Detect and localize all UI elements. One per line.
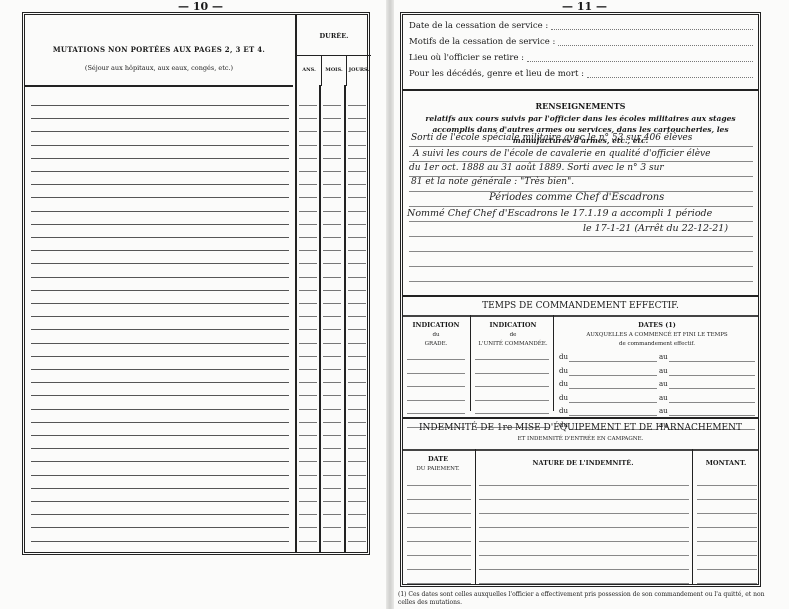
indemnite-row-line[interactable]: [407, 569, 471, 570]
ruled-line: [31, 329, 289, 330]
date-from-field[interactable]: [569, 415, 657, 416]
duration-line: [348, 290, 366, 291]
indemnite-row-line[interactable]: [407, 513, 471, 514]
duration-line: [323, 395, 341, 396]
indemnite-row-line[interactable]: [479, 513, 689, 514]
duration-line: [299, 303, 317, 304]
indemnite-row-line[interactable]: [697, 541, 757, 542]
mutations-title: MUTATIONS NON PORTÉES AUX PAGES 2, 3 ET …: [25, 45, 293, 54]
date-to-field[interactable]: [669, 388, 755, 389]
duration-line: [323, 541, 341, 542]
date-from-label: du: [559, 367, 568, 375]
indemnite-row-line[interactable]: [697, 527, 757, 528]
handwritten-line: du 1er oct. 1888 au 31 août 1889. Sorti …: [409, 163, 664, 173]
duration-line: [348, 435, 366, 436]
handwritten-line: 81 et la note générale : "Très bien".: [411, 177, 574, 187]
indemnite-row-line[interactable]: [407, 527, 471, 528]
ruled-line: [31, 475, 289, 476]
indemnite-title: INDEMNITÉ DE 1re MISE D'ÉQUIPEMENT ET DE…: [403, 423, 758, 433]
date-to-label: au: [659, 367, 668, 375]
date-to-label: au: [659, 353, 668, 361]
ruled-line: [31, 316, 289, 317]
date-to-label: au: [659, 380, 668, 388]
duration-line: [299, 171, 317, 172]
mutations-table: MUTATIONS NON PORTÉES AUX PAGES 2, 3 ET …: [22, 12, 370, 555]
duration-line: [299, 382, 317, 383]
duration-line: [348, 448, 366, 449]
date-from-label: du: [559, 353, 568, 361]
date-from-field[interactable]: [569, 375, 657, 376]
ruled-line: [31, 303, 289, 304]
ruled-line: [31, 409, 289, 410]
duration-line: [299, 316, 317, 317]
duration-line: [299, 461, 317, 462]
col-grade-header: INDICATIONduGRADE.: [403, 321, 469, 349]
column-divider: [319, 85, 321, 552]
ruled-line: [31, 131, 289, 132]
indemnite-row-line[interactable]: [407, 555, 471, 556]
duration-line: [348, 263, 366, 264]
duration-line: [348, 475, 366, 476]
duration-line: [348, 422, 366, 423]
duration-line: [299, 224, 317, 225]
duration-line: [299, 541, 317, 542]
col-dates-header: DATES (1)AUXQUELLES A COMMENCÉ ET FINI L…: [555, 321, 759, 349]
handwritten-line: Nommé Chef Chef d'Escadrons le 17.1.19 a…: [407, 208, 712, 219]
duration-line: [299, 145, 317, 146]
indemnite-row-line[interactable]: [697, 485, 757, 486]
duration-line: [348, 395, 366, 396]
indemnite-subtitle: ET INDEMNITÉ D'ENTRÉE EN CAMPAGNE.: [403, 436, 758, 442]
date-to-label: au: [659, 394, 668, 402]
ruled-line: [31, 343, 289, 344]
duration-line: [299, 131, 317, 132]
date-from-field[interactable]: [569, 388, 657, 389]
duration-line: [299, 197, 317, 198]
duration-line: [299, 527, 317, 528]
col-montant: MONTANT.: [693, 459, 759, 469]
date-to-label: au: [659, 407, 668, 415]
duration-line: [348, 224, 366, 225]
indemnite-row-line[interactable]: [697, 555, 757, 556]
field-deces[interactable]: Pour les décédés, genre et lieu de mort …: [409, 69, 753, 79]
date-to-field[interactable]: [669, 375, 755, 376]
ruled-line: [31, 184, 289, 185]
duration-line: [323, 131, 341, 132]
indemnite-row-line[interactable]: [479, 555, 689, 556]
duration-line: [323, 290, 341, 291]
ruled-line: [31, 448, 289, 449]
indemnite-row-line[interactable]: [697, 569, 757, 570]
duration-line: [348, 343, 366, 344]
renseignements-title: RENSEIGNEMENTS: [403, 101, 758, 111]
ruled-line: [31, 461, 289, 462]
ruled-line: [409, 206, 753, 207]
duration-line: [348, 171, 366, 172]
ruled-line: [31, 290, 289, 291]
duration-line: [323, 145, 341, 146]
duration-line: [323, 303, 341, 304]
duration-line: [348, 329, 366, 330]
ruled-line: [31, 527, 289, 528]
duration-line: [348, 541, 366, 542]
mutations-subtitle: (Séjour aux hôpitaux, aux eaux, congés, …: [25, 64, 293, 72]
ruled-line: [31, 118, 289, 119]
duration-line: [348, 118, 366, 119]
duration-line: [348, 184, 366, 185]
ruled-line: [31, 514, 289, 515]
duration-line: [348, 488, 366, 489]
indemnite-row-line[interactable]: [479, 485, 689, 486]
handwritten-line: Sorti de l'école spéciale militaire avec…: [411, 133, 692, 143]
field-motifs-cessation[interactable]: Motifs de la cessation de service :: [409, 37, 753, 47]
duration-line: [348, 409, 366, 410]
duration-line: [299, 290, 317, 291]
duration-line: [323, 409, 341, 410]
ruled-line: [31, 501, 289, 502]
duration-line: [323, 448, 341, 449]
duration-line: [323, 224, 341, 225]
indemnite-row-line[interactable]: [479, 527, 689, 528]
duration-line: [323, 197, 341, 198]
handwritten-line: le 17-1-21 (Arrêt du 22-12-21): [583, 223, 728, 234]
ruled-line: [31, 382, 289, 383]
duration-line: [299, 369, 317, 370]
duration-line: [348, 197, 366, 198]
duration-line: [348, 131, 366, 132]
ruled-line: [31, 395, 289, 396]
duration-line: [323, 514, 341, 515]
duration-line: [348, 303, 366, 304]
ruled-line: [31, 369, 289, 370]
field-lieu-retraite[interactable]: Lieu où l'officier se retire :: [409, 53, 753, 63]
duration-line: [348, 105, 366, 106]
duration-line: [299, 435, 317, 436]
duration-line: [299, 514, 317, 515]
ruled-line: [409, 281, 753, 282]
duration-line: [299, 184, 317, 185]
duration-line: [323, 501, 341, 502]
column-divider: [295, 85, 297, 552]
date-from-label: du: [559, 380, 568, 388]
date-from-field[interactable]: [569, 402, 657, 403]
commandement-title: TEMPS DE COMMANDEMENT EFFECTIF.: [403, 301, 758, 311]
duration-line: [323, 343, 341, 344]
indemnite-row-line[interactable]: [479, 541, 689, 542]
duration-line: [323, 527, 341, 528]
ruled-line: [409, 236, 753, 237]
duration-line: [323, 263, 341, 264]
col-days: JOURS.: [347, 56, 371, 86]
duration-line: [323, 435, 341, 436]
duration-line: [348, 211, 366, 212]
duration-line: [348, 316, 366, 317]
column-divider: [344, 85, 346, 552]
date-from-field[interactable]: [569, 361, 657, 362]
duration-line: [348, 237, 366, 238]
duration-line: [323, 369, 341, 370]
ruled-line: [409, 266, 753, 267]
col-years: ANS.: [297, 56, 322, 86]
ruled-line: [31, 422, 289, 423]
footnote: (1) Ces dates sont celles auxquelles l'o…: [398, 591, 783, 607]
field-date-cessation[interactable]: Date de la cessation de service :: [409, 21, 753, 31]
ruled-line: [31, 435, 289, 436]
duration-line: [323, 475, 341, 476]
ruled-line: [31, 211, 289, 212]
duration-line: [299, 501, 317, 502]
ruled-line: [31, 105, 289, 106]
duration-line: [348, 145, 366, 146]
duration-line: [323, 158, 341, 159]
ruled-line: [31, 237, 289, 238]
ruled-line: [31, 250, 289, 251]
duration-line: [323, 105, 341, 106]
mutations-entry-lines[interactable]: [31, 87, 289, 552]
duration-line: [323, 211, 341, 212]
duration-line: [299, 343, 317, 344]
col-unite-header: INDICATIONdeL'UNITÉ COMMANDÉE.: [471, 321, 555, 349]
date-from-label: du: [559, 394, 568, 402]
duration-line: [299, 250, 317, 251]
date-to-field[interactable]: [669, 361, 755, 362]
duration-line: [323, 316, 341, 317]
duration-line: [299, 263, 317, 264]
duration-line: [323, 382, 341, 383]
duration-header: DURÉE. ANS. MOIS. JOURS.: [295, 15, 371, 85]
duration-line: [299, 422, 317, 423]
duration-line: [323, 488, 341, 489]
duration-line: [348, 501, 366, 502]
duration-line: [348, 461, 366, 462]
duration-line: [323, 329, 341, 330]
duration-line: [299, 329, 317, 330]
ruled-line: [409, 161, 753, 162]
indemnite-row-line[interactable]: [407, 485, 471, 486]
ruled-line: [31, 145, 289, 146]
duration-line: [323, 184, 341, 185]
ruled-line: [409, 221, 753, 222]
mutations-header: MUTATIONS NON PORTÉES AUX PAGES 2, 3 ET …: [25, 15, 293, 87]
duration-line: [348, 250, 366, 251]
ruled-line: [31, 224, 289, 225]
ruled-line: [409, 146, 753, 147]
indemnite-row-line[interactable]: [479, 583, 689, 584]
date-to-field[interactable]: [669, 415, 755, 416]
col-nature: NATURE DE L'INDEMNITÉ.: [475, 459, 691, 469]
indemnite-row-line[interactable]: [479, 569, 689, 570]
col-date-paiement: DATEDU PAIEMENT.: [403, 455, 473, 474]
duration-line: [299, 395, 317, 396]
duration-line: [348, 356, 366, 357]
duration-line: [323, 422, 341, 423]
col-months: MOIS.: [322, 56, 347, 86]
duration-line: [299, 237, 317, 238]
ruled-line: [31, 171, 289, 172]
duration-line: [299, 448, 317, 449]
duration-line: [323, 171, 341, 172]
duration-line: [348, 527, 366, 528]
indemnite-row-line[interactable]: [697, 499, 757, 500]
ruled-line: [31, 356, 289, 357]
book-gutter: [386, 0, 394, 609]
ruled-line: [31, 541, 289, 542]
duration-line: [299, 158, 317, 159]
duration-line: [348, 382, 366, 383]
duration-line: [323, 277, 341, 278]
duration-line: [299, 475, 317, 476]
ruled-line: [31, 277, 289, 278]
indemnite-row-line[interactable]: [479, 499, 689, 500]
duration-line: [323, 250, 341, 251]
indemnite-row-line[interactable]: [407, 541, 471, 542]
ruled-line: [31, 197, 289, 198]
duration-line: [299, 277, 317, 278]
duration-line: [299, 118, 317, 119]
indemnite-row-line[interactable]: [697, 513, 757, 514]
duration-line: [323, 118, 341, 119]
ruled-line: [409, 251, 753, 252]
duration-line: [323, 356, 341, 357]
ruled-line: [31, 488, 289, 489]
indemnite-row-line[interactable]: [697, 583, 757, 584]
duration-line: [299, 211, 317, 212]
date-to-field[interactable]: [669, 402, 755, 403]
duration-title: DURÉE.: [297, 32, 371, 40]
ruled-line: [31, 158, 289, 159]
ruled-line: [31, 263, 289, 264]
duration-line: [323, 237, 341, 238]
duration-line: [323, 461, 341, 462]
duration-line: [348, 514, 366, 515]
duration-line: [299, 356, 317, 357]
duration-line: [348, 369, 366, 370]
duration-line: [348, 158, 366, 159]
duration-line: [299, 409, 317, 410]
handwritten-line: A suivi les cours de l'école de cavaleri…: [413, 149, 710, 159]
indemnite-row-line[interactable]: [407, 583, 471, 584]
service-record-form: Date de la cessation de service : Motifs…: [400, 12, 761, 587]
indemnite-row-line[interactable]: [407, 499, 471, 500]
date-from-label: du: [559, 407, 568, 415]
duration-line: [348, 277, 366, 278]
duration-line: [299, 105, 317, 106]
duration-line: [299, 488, 317, 489]
handwritten-line: Périodes comme Chef d'Escadrons: [489, 192, 664, 203]
